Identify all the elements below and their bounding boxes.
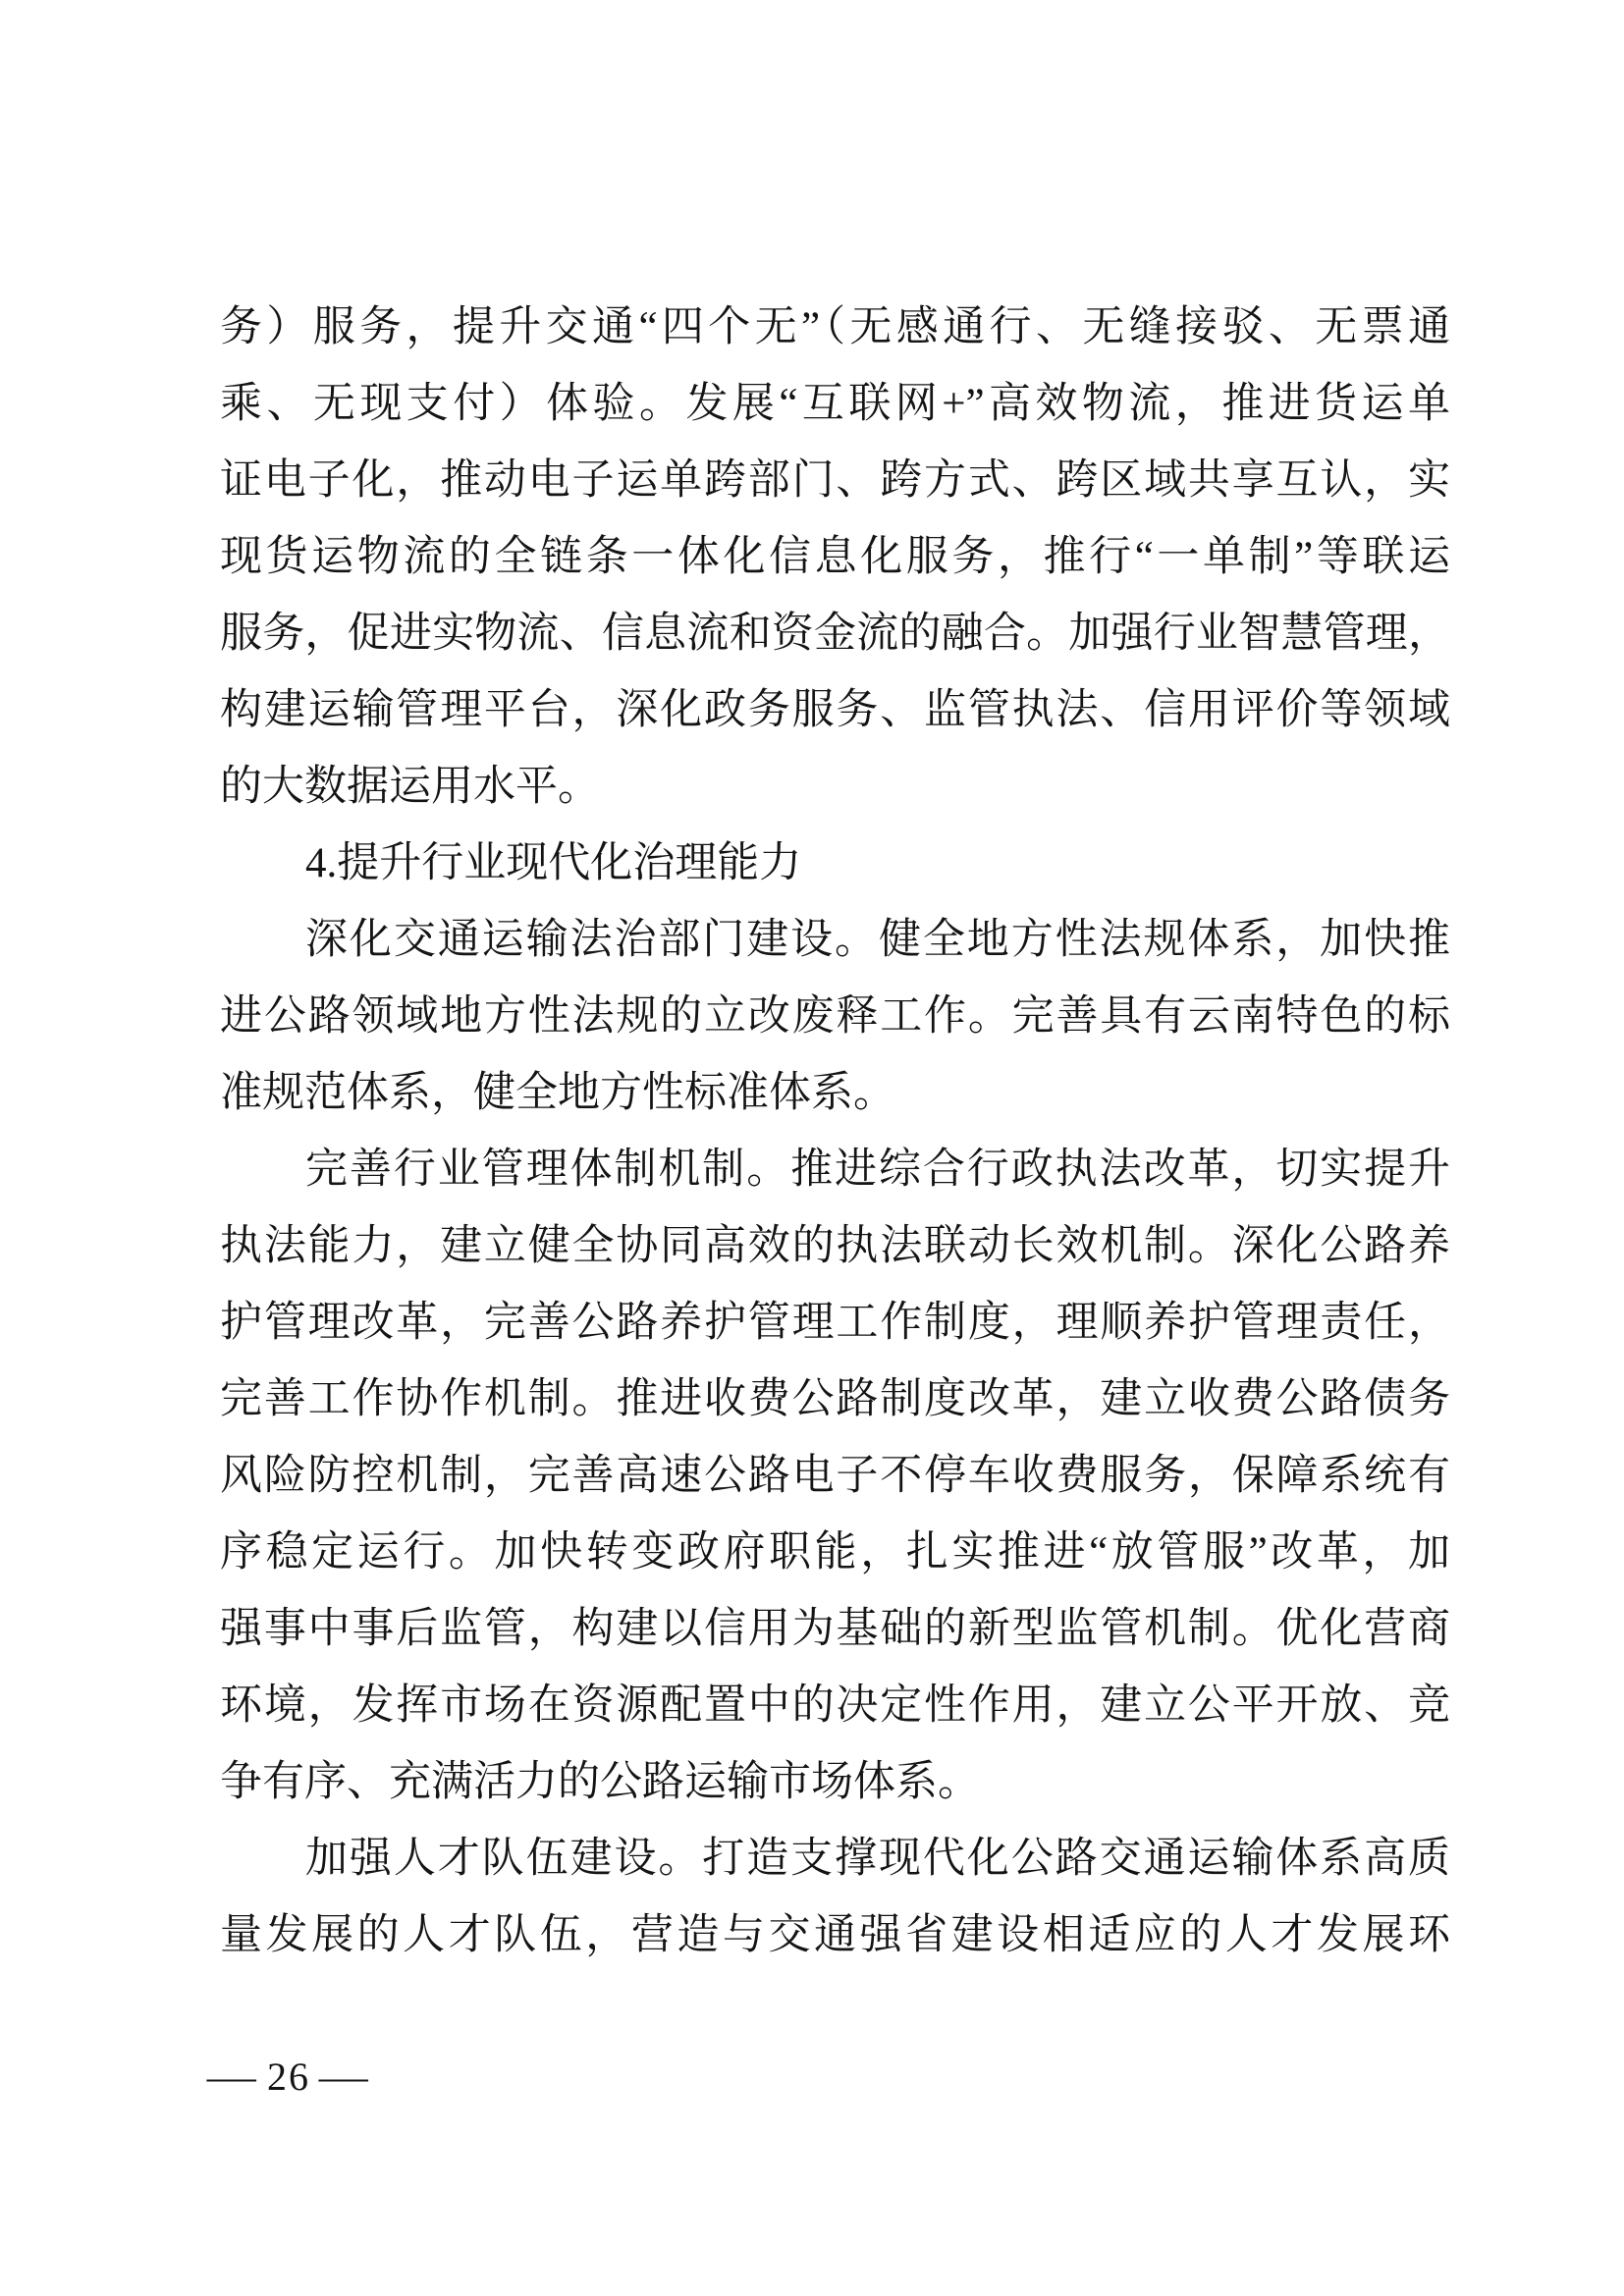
heading-line: 4.提升行业现代化治理能力: [220, 826, 1450, 902]
body-text-line: 构建运输管理平台，深化政务服务、监管执法、信用评价等领域: [220, 672, 1450, 749]
footer-dash-right: —: [319, 2054, 371, 2100]
page-number: 26: [263, 2054, 314, 2100]
body-text-line: 完善工作协作机制。推进收费公路制度改革，建立收费公路债务: [220, 1362, 1450, 1438]
body-text-line: 务）服务，提升交通“四个无”（无感通行、无缝接驳、无票通: [220, 290, 1450, 366]
body-text-line: 执法能力，建立健全协同高效的执法联动长效机制。深化公路养: [220, 1208, 1450, 1285]
body-text-line: 争有序、充满活力的公路运输市场体系。: [220, 1744, 1450, 1821]
body-text-line: 乘、无现支付）体验。发展“互联网+”高效物流，推进货运单: [220, 366, 1450, 443]
page-footer: —26—: [202, 2054, 375, 2100]
body-text-line: 量发展的人才队伍，营造与交通强省建设相适应的人才发展环: [220, 1897, 1450, 1974]
body-text-line: 的大数据运用水平。: [220, 749, 1450, 826]
document-text: 务）服务，提升交通“四个无”（无感通行、无缝接驳、无票通乘、无现支付）体验。发展…: [220, 290, 1450, 1974]
body-text-line: 序稳定运行。加快转变政府职能，扎实推进“放管服”改革，加: [220, 1515, 1450, 1591]
body-text-line: 护管理改革，完善公路养护管理工作制度，理顺养护管理责任，: [220, 1285, 1450, 1362]
body-text-line: 服务，促进实物流、信息流和资金流的融合。加强行业智慧管理，: [220, 596, 1450, 672]
body-text-line: 进公路领域地方性法规的立改废释工作。完善具有云南特色的标: [220, 979, 1450, 1055]
body-text-line: 加强人才队伍建设。打造支撑现代化公路交通运输体系高质: [220, 1821, 1450, 1897]
body-text-line: 环境，发挥市场在资源配置中的决定性作用，建立公平开放、竞: [220, 1668, 1450, 1744]
body-text-line: 完善行业管理体制机制。推进综合行政执法改革，切实提升: [220, 1132, 1450, 1208]
body-text-line: 强事中事后监管，构建以信用为基础的新型监管机制。优化营商: [220, 1591, 1450, 1668]
body-text-line: 深化交通运输法治部门建设。健全地方性法规体系，加快推: [220, 902, 1450, 979]
body-text-line: 证电子化，推动电子运单跨部门、跨方式、跨区域共享互认，实: [220, 443, 1450, 519]
document-page: 务）服务，提升交通“四个无”（无感通行、无缝接驳、无票通乘、无现支付）体验。发展…: [0, 0, 1624, 2296]
body-text-line: 准规范体系，健全地方性标准体系。: [220, 1055, 1450, 1132]
body-text-line: 现货运物流的全链条一体化信息化服务，推行“一单制”等联运: [220, 519, 1450, 596]
body-text-line: 风险防控机制，完善高速公路电子不停车收费服务，保障系统有: [220, 1438, 1450, 1515]
footer-dash-left: —: [207, 2054, 259, 2100]
